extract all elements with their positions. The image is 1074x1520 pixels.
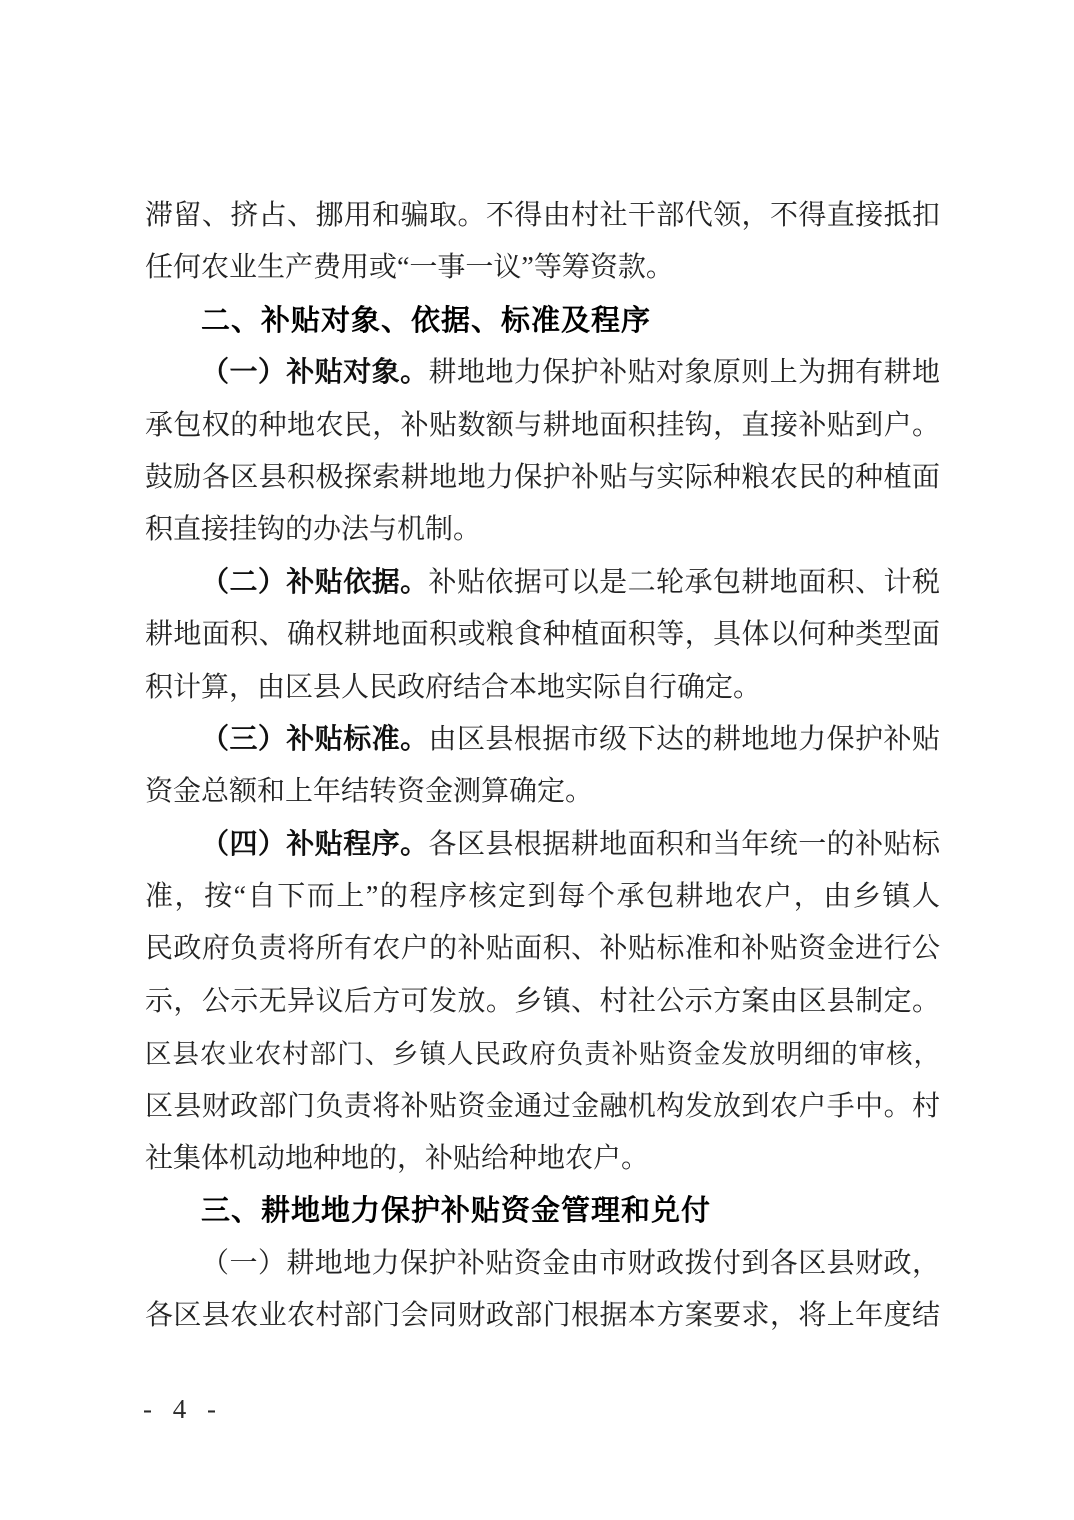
- section-heading: 三、耕地地力保护补贴资金管理和兑付: [145, 1185, 940, 1237]
- paragraph-line: 民政府负责将所有农户的补贴面积、补贴标准和补贴资金进行公: [145, 923, 940, 975]
- paragraph-line: 鼓励各区县积极探索耕地地力保护补贴与实际种粮农民的种植面: [145, 452, 940, 504]
- paragraph-text: 各区县根据耕地面积和当年统一的补贴标: [429, 829, 940, 860]
- paragraph-line: 准，按“自下而上”的程序核定到每个承包耕地农户，由乡镇人: [145, 871, 940, 923]
- paragraph-line: 任何农业生产费用或“一事一议”等筹资款。: [145, 242, 940, 294]
- paragraph-line: 社集体机动地种地的，补贴给种地农户。: [145, 1133, 940, 1185]
- paragraph-lead-label: （三）补贴标准。: [201, 724, 429, 755]
- paragraph-lead-label: （四）补贴程序。: [201, 829, 429, 860]
- page-number: - 4 -: [143, 1394, 223, 1424]
- paragraph-line: 承包权的种地农民，补贴数额与耕地面积挂钩，直接补贴到户。: [145, 400, 940, 452]
- paragraph-line: 积直接挂钩的办法与机制。: [145, 504, 940, 556]
- paragraph-line: 各区县农业农村部门会同财政部门根据本方案要求，将上年度结: [145, 1290, 940, 1342]
- paragraph-text: 补贴依据可以是二轮承包耕地面积、计税: [429, 567, 940, 598]
- paragraph-line: 区县农业农村部门、乡镇人民政府负责补贴资金发放明细的审核，: [145, 1028, 940, 1080]
- document-page: 滞留、挤占、挪用和骗取。不得由村社干部代领，不得直接抵扣任何农业生产费用或“一事…: [0, 0, 1074, 1520]
- paragraph-line: 积计算，由区县人民政府结合本地实际自行确定。: [145, 662, 940, 714]
- paragraph-line: 资金总额和上年结转资金测算确定。: [145, 766, 940, 818]
- paragraph-line: （一）补贴对象。耕地地力保护补贴对象原则上为拥有耕地: [145, 347, 940, 399]
- paragraph-line: 示，公示无异议后方可发放。乡镇、村社公示方案由区县制定。: [145, 976, 940, 1028]
- paragraph-lead-label: （一）补贴对象。: [201, 357, 429, 388]
- paragraph-line: 区县财政部门负责将补贴资金通过金融机构发放到农户手中。村: [145, 1081, 940, 1133]
- paragraph-line: （一）耕地地力保护补贴资金由市财政拨付到各区县财政，: [145, 1238, 940, 1290]
- paragraph-line: （三）补贴标准。由区县根据市级下达的耕地地力保护补贴: [145, 714, 940, 766]
- paragraph-line: （四）补贴程序。各区县根据耕地面积和当年统一的补贴标: [145, 819, 940, 871]
- section-heading: 二、补贴对象、依据、标准及程序: [145, 295, 940, 347]
- paragraph-line: 耕地面积、确权耕地面积或粮食种植面积等，具体以何种类型面: [145, 609, 940, 661]
- paragraph-text: 由区县根据市级下达的耕地地力保护补贴: [429, 724, 940, 755]
- paragraph-line: （二）补贴依据。补贴依据可以是二轮承包耕地面积、计税: [145, 557, 940, 609]
- paragraph-lead-label: （二）补贴依据。: [201, 567, 429, 598]
- paragraph-text: 耕地地力保护补贴对象原则上为拥有耕地: [429, 357, 940, 388]
- paragraph-line: 滞留、挤占、挪用和骗取。不得由村社干部代领，不得直接抵扣: [145, 190, 940, 242]
- document-body: 滞留、挤占、挪用和骗取。不得由村社干部代领，不得直接抵扣任何农业生产费用或“一事…: [145, 190, 940, 1343]
